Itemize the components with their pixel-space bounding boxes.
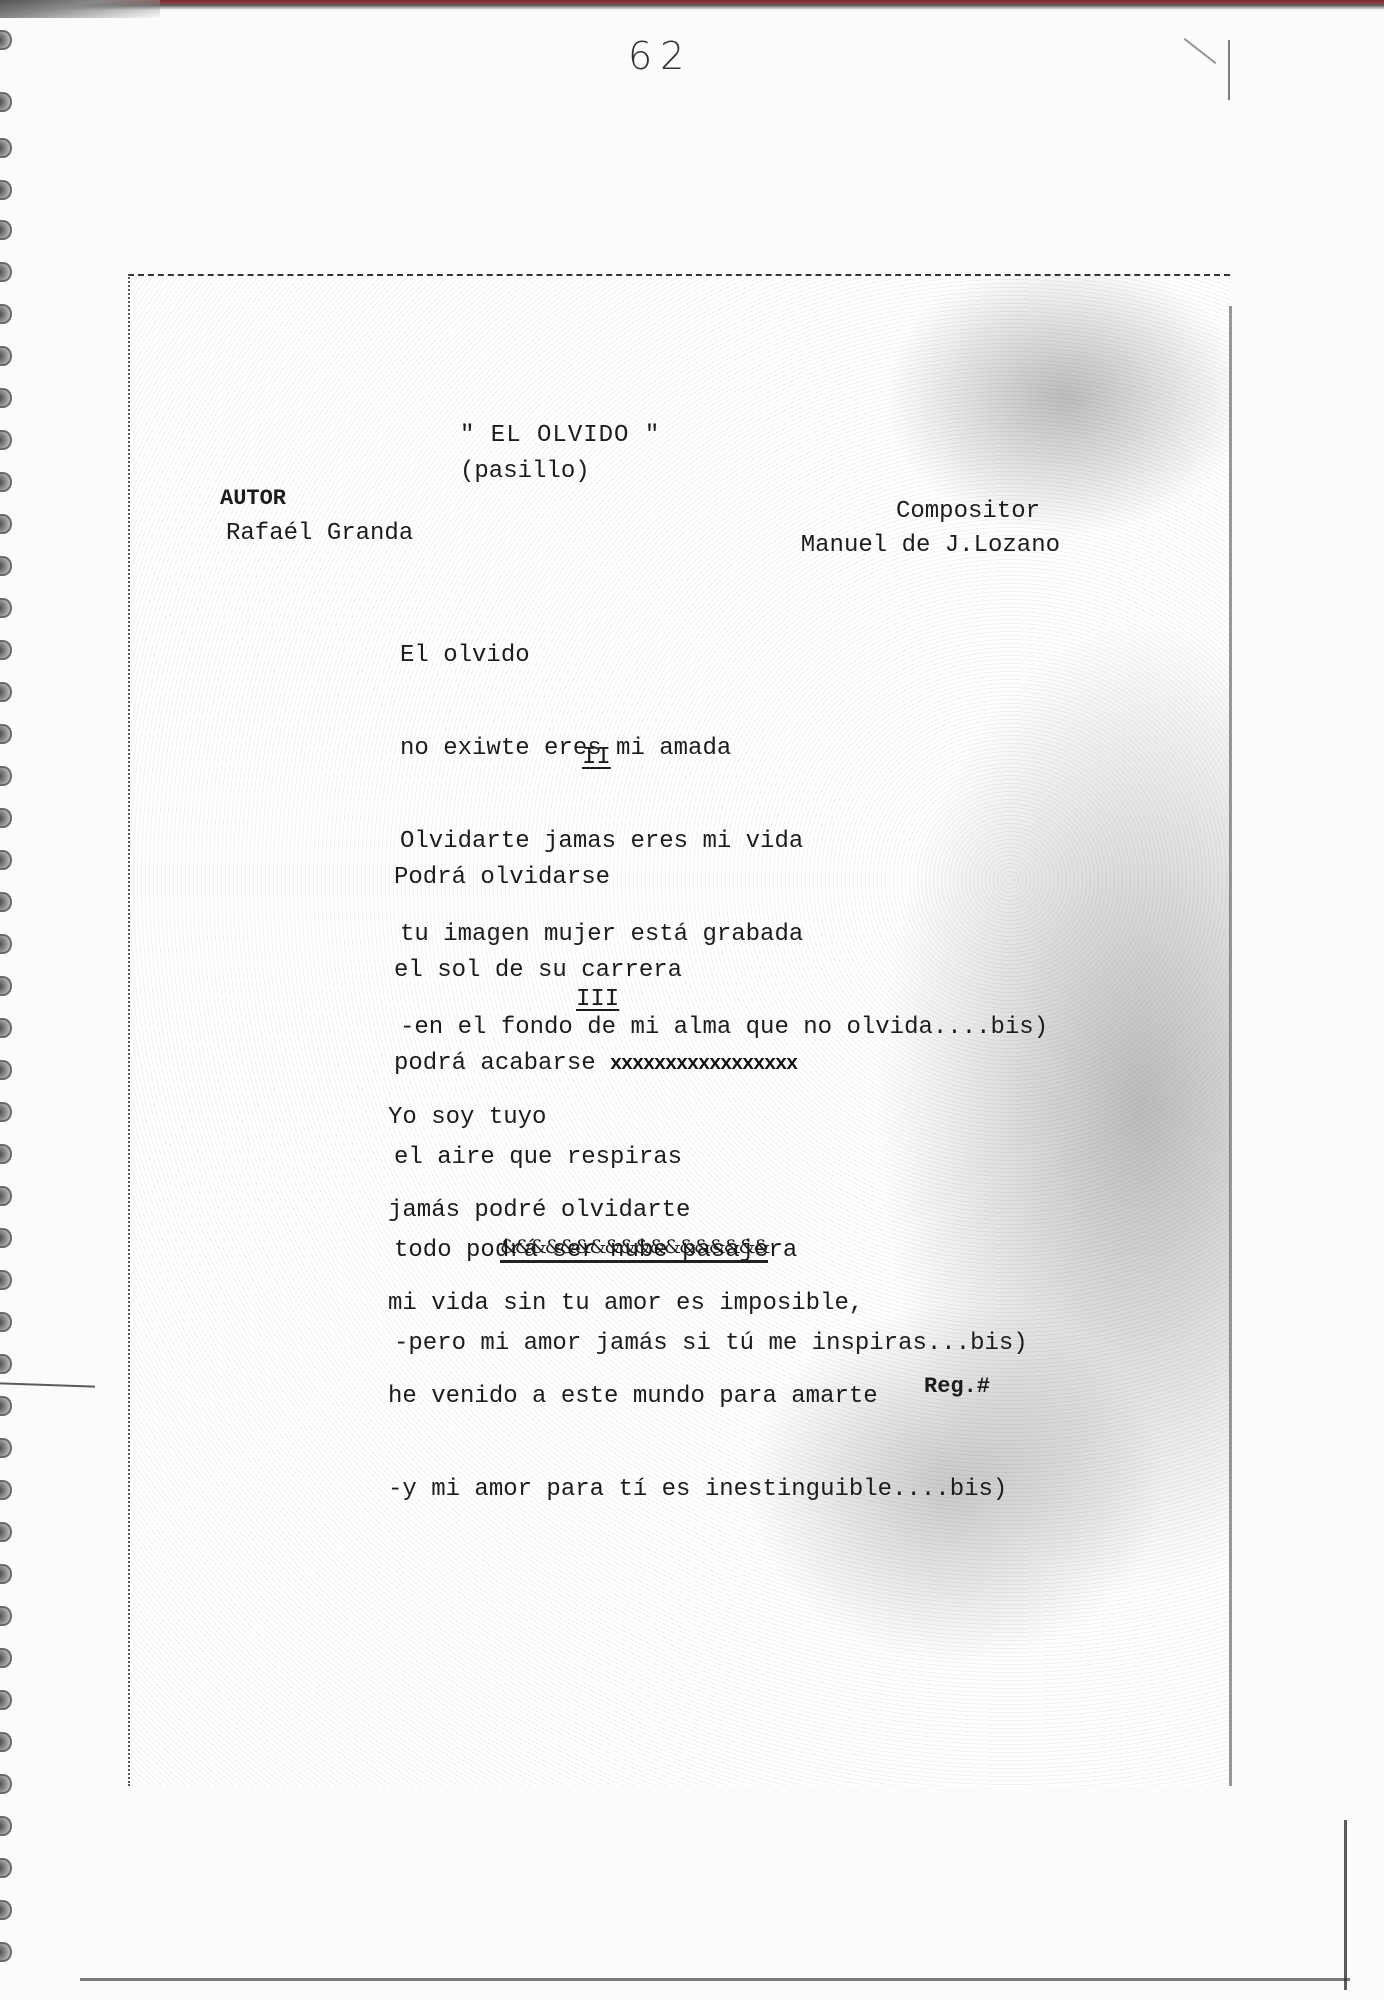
composer-name: Manuel de J.Lozano	[801, 532, 1060, 559]
lyric-line: jamás podré olvidarte	[388, 1195, 1007, 1226]
scan-top-left-shadow	[0, 0, 160, 18]
stanza-3: Yo soy tuyo jamás podré olvidarte mi vid…	[388, 1040, 1007, 1567]
sheet-edge	[1229, 306, 1232, 1786]
song-title: " EL OLVIDO "	[460, 418, 660, 454]
lyric-line: Podrá olvidarse	[394, 862, 1028, 893]
ampersand-separator: &&&&&&&&&&&&&&&&&&	[500, 1236, 768, 1263]
corner-mark	[1184, 38, 1217, 64]
photocopied-lyric-sheet: " EL OLVIDO " (pasillo) AUTOR Rafaél Gra…	[128, 274, 1230, 1786]
lyric-line: Yo soy tuyo	[388, 1102, 1007, 1133]
lyric-line: no exiwte eres mi amada	[400, 733, 1048, 764]
lyric-line: -y mi amor para tí es inestinguible....b…	[388, 1474, 1007, 1505]
stanza-numeral: II	[582, 744, 611, 771]
bottom-edge-line	[80, 1978, 1350, 1981]
corner-mark	[1228, 40, 1230, 100]
spiral-binding	[0, 20, 16, 2000]
lyric-line: he venido a este mundo para amarte	[388, 1381, 1007, 1412]
author-label: AUTOR	[220, 486, 286, 511]
registration-mark: Reg.#	[924, 1374, 990, 1399]
author-name: Rafaél Granda	[226, 520, 413, 547]
scan-top-edge	[0, 0, 1384, 10]
lyric-line: mi vida sin tu amor es imposible,	[388, 1288, 1007, 1319]
composer-label: Compositor	[896, 498, 1040, 525]
stanza-numeral: III	[576, 986, 619, 1013]
song-genre: (pasillo)	[460, 454, 660, 490]
lyric-line: El olvido	[400, 640, 1048, 671]
sheet-edge	[1344, 1820, 1347, 1990]
handwritten-page-number: 62	[628, 34, 692, 78]
title-block: " EL OLVIDO " (pasillo)	[460, 418, 660, 490]
lyric-line: el sol de su carrera	[394, 955, 1028, 986]
